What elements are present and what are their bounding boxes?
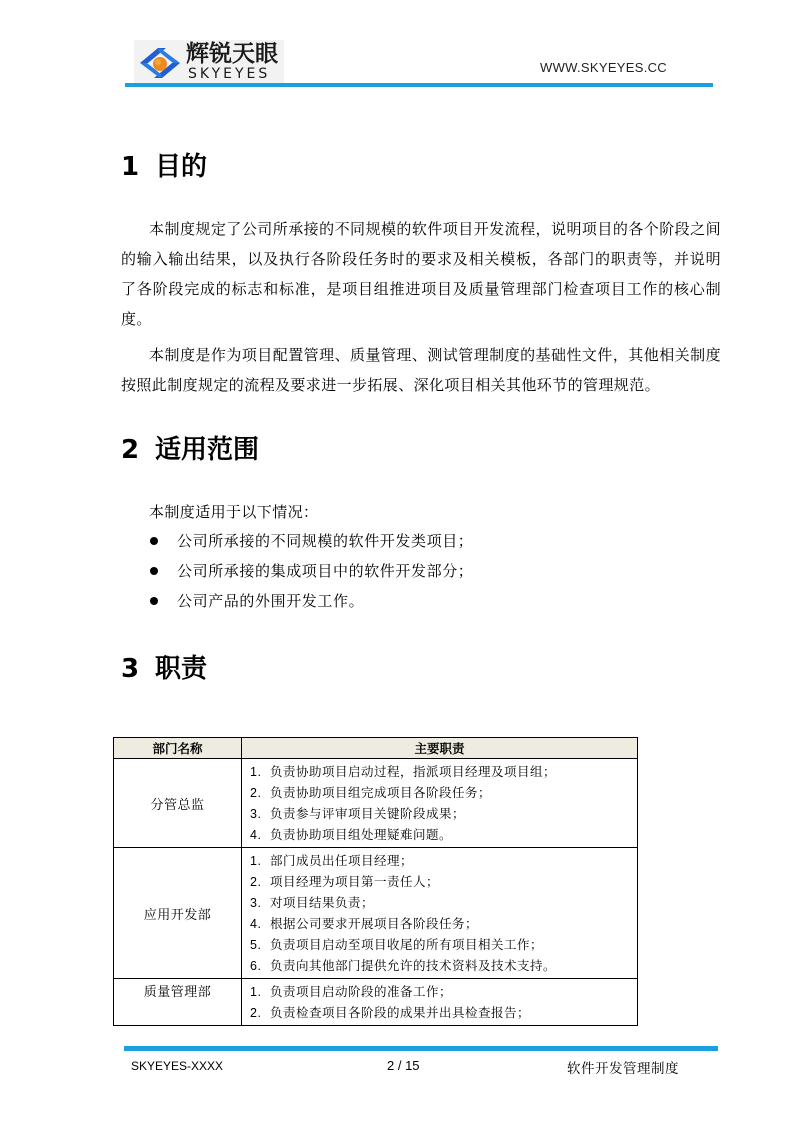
section-title: 目的 (155, 152, 207, 182)
duties-cell: 1.负责协助项目启动过程，指派项目经理及项目组； 2.负责协助项目组完成项目各阶… (242, 759, 638, 848)
bullet-icon (150, 537, 158, 545)
list-item-text: 公司所承接的集成项目中的软件开发部分； (177, 562, 473, 580)
duty-text: 部门成员出任项目经理； (270, 853, 413, 868)
table-row: 质量管理部 1.负责项目启动阶段的准备工作； 2.负责检查项目各阶段的成果并出具… (114, 979, 638, 1026)
list-item: 公司所承接的集成项目中的软件开发部分； (149, 556, 473, 586)
footer-doc-title: 软件开发管理制度 (567, 1057, 679, 1077)
list-item: 公司所承接的不同规模的软件开发类项目； (149, 526, 473, 556)
logo-chinese-name: 辉锐天眼 (186, 40, 278, 68)
column-header-duties: 主要职责 (242, 738, 638, 759)
company-logo: 辉锐天眼 SKYEYES (134, 40, 284, 84)
duty-item: 2.负责检查项目各阶段的成果并出具检查报告； (250, 1002, 637, 1023)
duty-text: 对项目结果负责； (270, 895, 374, 910)
duty-item: 5.负责项目启动至项目收尾的所有项目相关工作； (250, 934, 637, 955)
duty-item: 6.负责向其他部门提供允许的技术资料及技术支持。 (250, 955, 637, 976)
section-number: 1 (121, 150, 155, 184)
section-heading-purpose: 1目的 (121, 150, 207, 184)
header-divider (125, 83, 713, 87)
duty-number: 1. (250, 851, 270, 872)
duty-number: 2. (250, 1003, 270, 1024)
duty-number: 5. (250, 935, 270, 956)
duty-item: 2.项目经理为项目第一责任人； (250, 871, 637, 892)
bullet-icon (150, 597, 158, 605)
duty-item: 2.负责协助项目组完成项目各阶段任务； (250, 782, 637, 803)
duty-number: 3. (250, 804, 270, 825)
duty-item: 1.负责协助项目启动过程，指派项目经理及项目组； (250, 761, 637, 782)
column-header-dept: 部门名称 (114, 738, 242, 759)
table-row: 分管总监 1.负责协助项目启动过程，指派项目经理及项目组； 2.负责协助项目组完… (114, 759, 638, 848)
responsibilities-table: 部门名称 主要职责 分管总监 1.负责协助项目启动过程，指派项目经理及项目组； … (113, 737, 638, 1026)
duty-item: 4.负责协助项目组处理疑难问题。 (250, 824, 637, 845)
purpose-paragraph-2: 本制度是作为项目配置管理、质量管理、测试管理制度的基础性文件，其他相关制度按照此… (121, 340, 721, 400)
section-title: 适用范围 (155, 435, 259, 465)
duty-text: 负责项目启动至项目收尾的所有项目相关工作； (270, 937, 543, 952)
eye-logo-icon (136, 44, 184, 82)
list-item-text: 公司产品的外围开发工作。 (177, 592, 364, 610)
duty-item: 4.根据公司要求开展项目各阶段任务； (250, 913, 637, 934)
scope-intro: 本制度适用于以下情况： (149, 497, 318, 527)
table-header-row: 部门名称 主要职责 (114, 738, 638, 759)
duty-number: 4. (250, 825, 270, 846)
duty-text: 项目经理为项目第一责任人； (270, 874, 439, 889)
duty-number: 4. (250, 914, 270, 935)
website-url: WWW.SKYEYES.CC (540, 60, 667, 75)
section-heading-responsibilities: 3职责 (121, 652, 207, 686)
scope-list: 公司所承接的不同规模的软件开发类项目； 公司所承接的集成项目中的软件开发部分； … (149, 526, 473, 616)
duty-text: 负责项目启动阶段的准备工作； (270, 984, 452, 999)
dept-name: 应用开发部 (114, 848, 242, 979)
list-item-text: 公司所承接的不同规模的软件开发类项目； (177, 532, 473, 550)
footer-page-number: 2 / 15 (387, 1058, 420, 1073)
duty-number: 1. (250, 982, 270, 1003)
footer-divider (124, 1046, 718, 1051)
section-heading-scope: 2适用范围 (121, 433, 259, 467)
footer-doc-id: SKYEYES-XXXX (131, 1059, 223, 1073)
duty-item: 1.负责项目启动阶段的准备工作； (250, 981, 637, 1002)
duty-text: 负责参与评审项目关键阶段成果； (270, 806, 465, 821)
duty-text: 负责检查项目各阶段的成果并出具检查报告； (270, 1005, 530, 1020)
duties-cell: 1.部门成员出任项目经理； 2.项目经理为项目第一责任人； 3.对项目结果负责；… (242, 848, 638, 979)
list-item: 公司产品的外围开发工作。 (149, 586, 473, 616)
bullet-icon (150, 567, 158, 575)
duty-number: 1. (250, 762, 270, 783)
purpose-paragraph-1: 本制度规定了公司所承接的不同规模的软件项目开发流程，说明项目的各个阶段之间的输入… (121, 214, 721, 334)
duty-item: 3.对项目结果负责； (250, 892, 637, 913)
paragraph-text: 本制度是作为项目配置管理、质量管理、测试管理制度的基础性文件，其他相关制度按照此… (121, 346, 721, 394)
duty-text: 负责向其他部门提供允许的技术资料及技术支持。 (270, 958, 556, 973)
section-title: 职责 (155, 654, 207, 684)
duty-number: 3. (250, 893, 270, 914)
paragraph-text: 本制度规定了公司所承接的不同规模的软件项目开发流程，说明项目的各个阶段之间的输入… (121, 220, 721, 328)
duty-text: 负责协助项目组完成项目各阶段任务； (270, 785, 491, 800)
duty-number: 2. (250, 872, 270, 893)
duty-text: 根据公司要求开展项目各阶段任务； (270, 916, 478, 931)
duty-text: 负责协助项目启动过程，指派项目经理及项目组； (270, 764, 556, 779)
dept-name: 分管总监 (114, 759, 242, 848)
table-row: 应用开发部 1.部门成员出任项目经理； 2.项目经理为项目第一责任人； 3.对项… (114, 848, 638, 979)
duty-text: 负责协助项目组处理疑难问题。 (270, 827, 452, 842)
logo-english-name: SKYEYES (188, 66, 270, 82)
duty-item: 1.部门成员出任项目经理； (250, 850, 637, 871)
duty-item: 3.负责参与评审项目关键阶段成果； (250, 803, 637, 824)
section-number: 3 (121, 652, 155, 686)
duty-number: 6. (250, 956, 270, 977)
dept-name: 质量管理部 (114, 979, 242, 1026)
duty-number: 2. (250, 783, 270, 804)
duties-cell: 1.负责项目启动阶段的准备工作； 2.负责检查项目各阶段的成果并出具检查报告； (242, 979, 638, 1026)
section-number: 2 (121, 433, 155, 467)
